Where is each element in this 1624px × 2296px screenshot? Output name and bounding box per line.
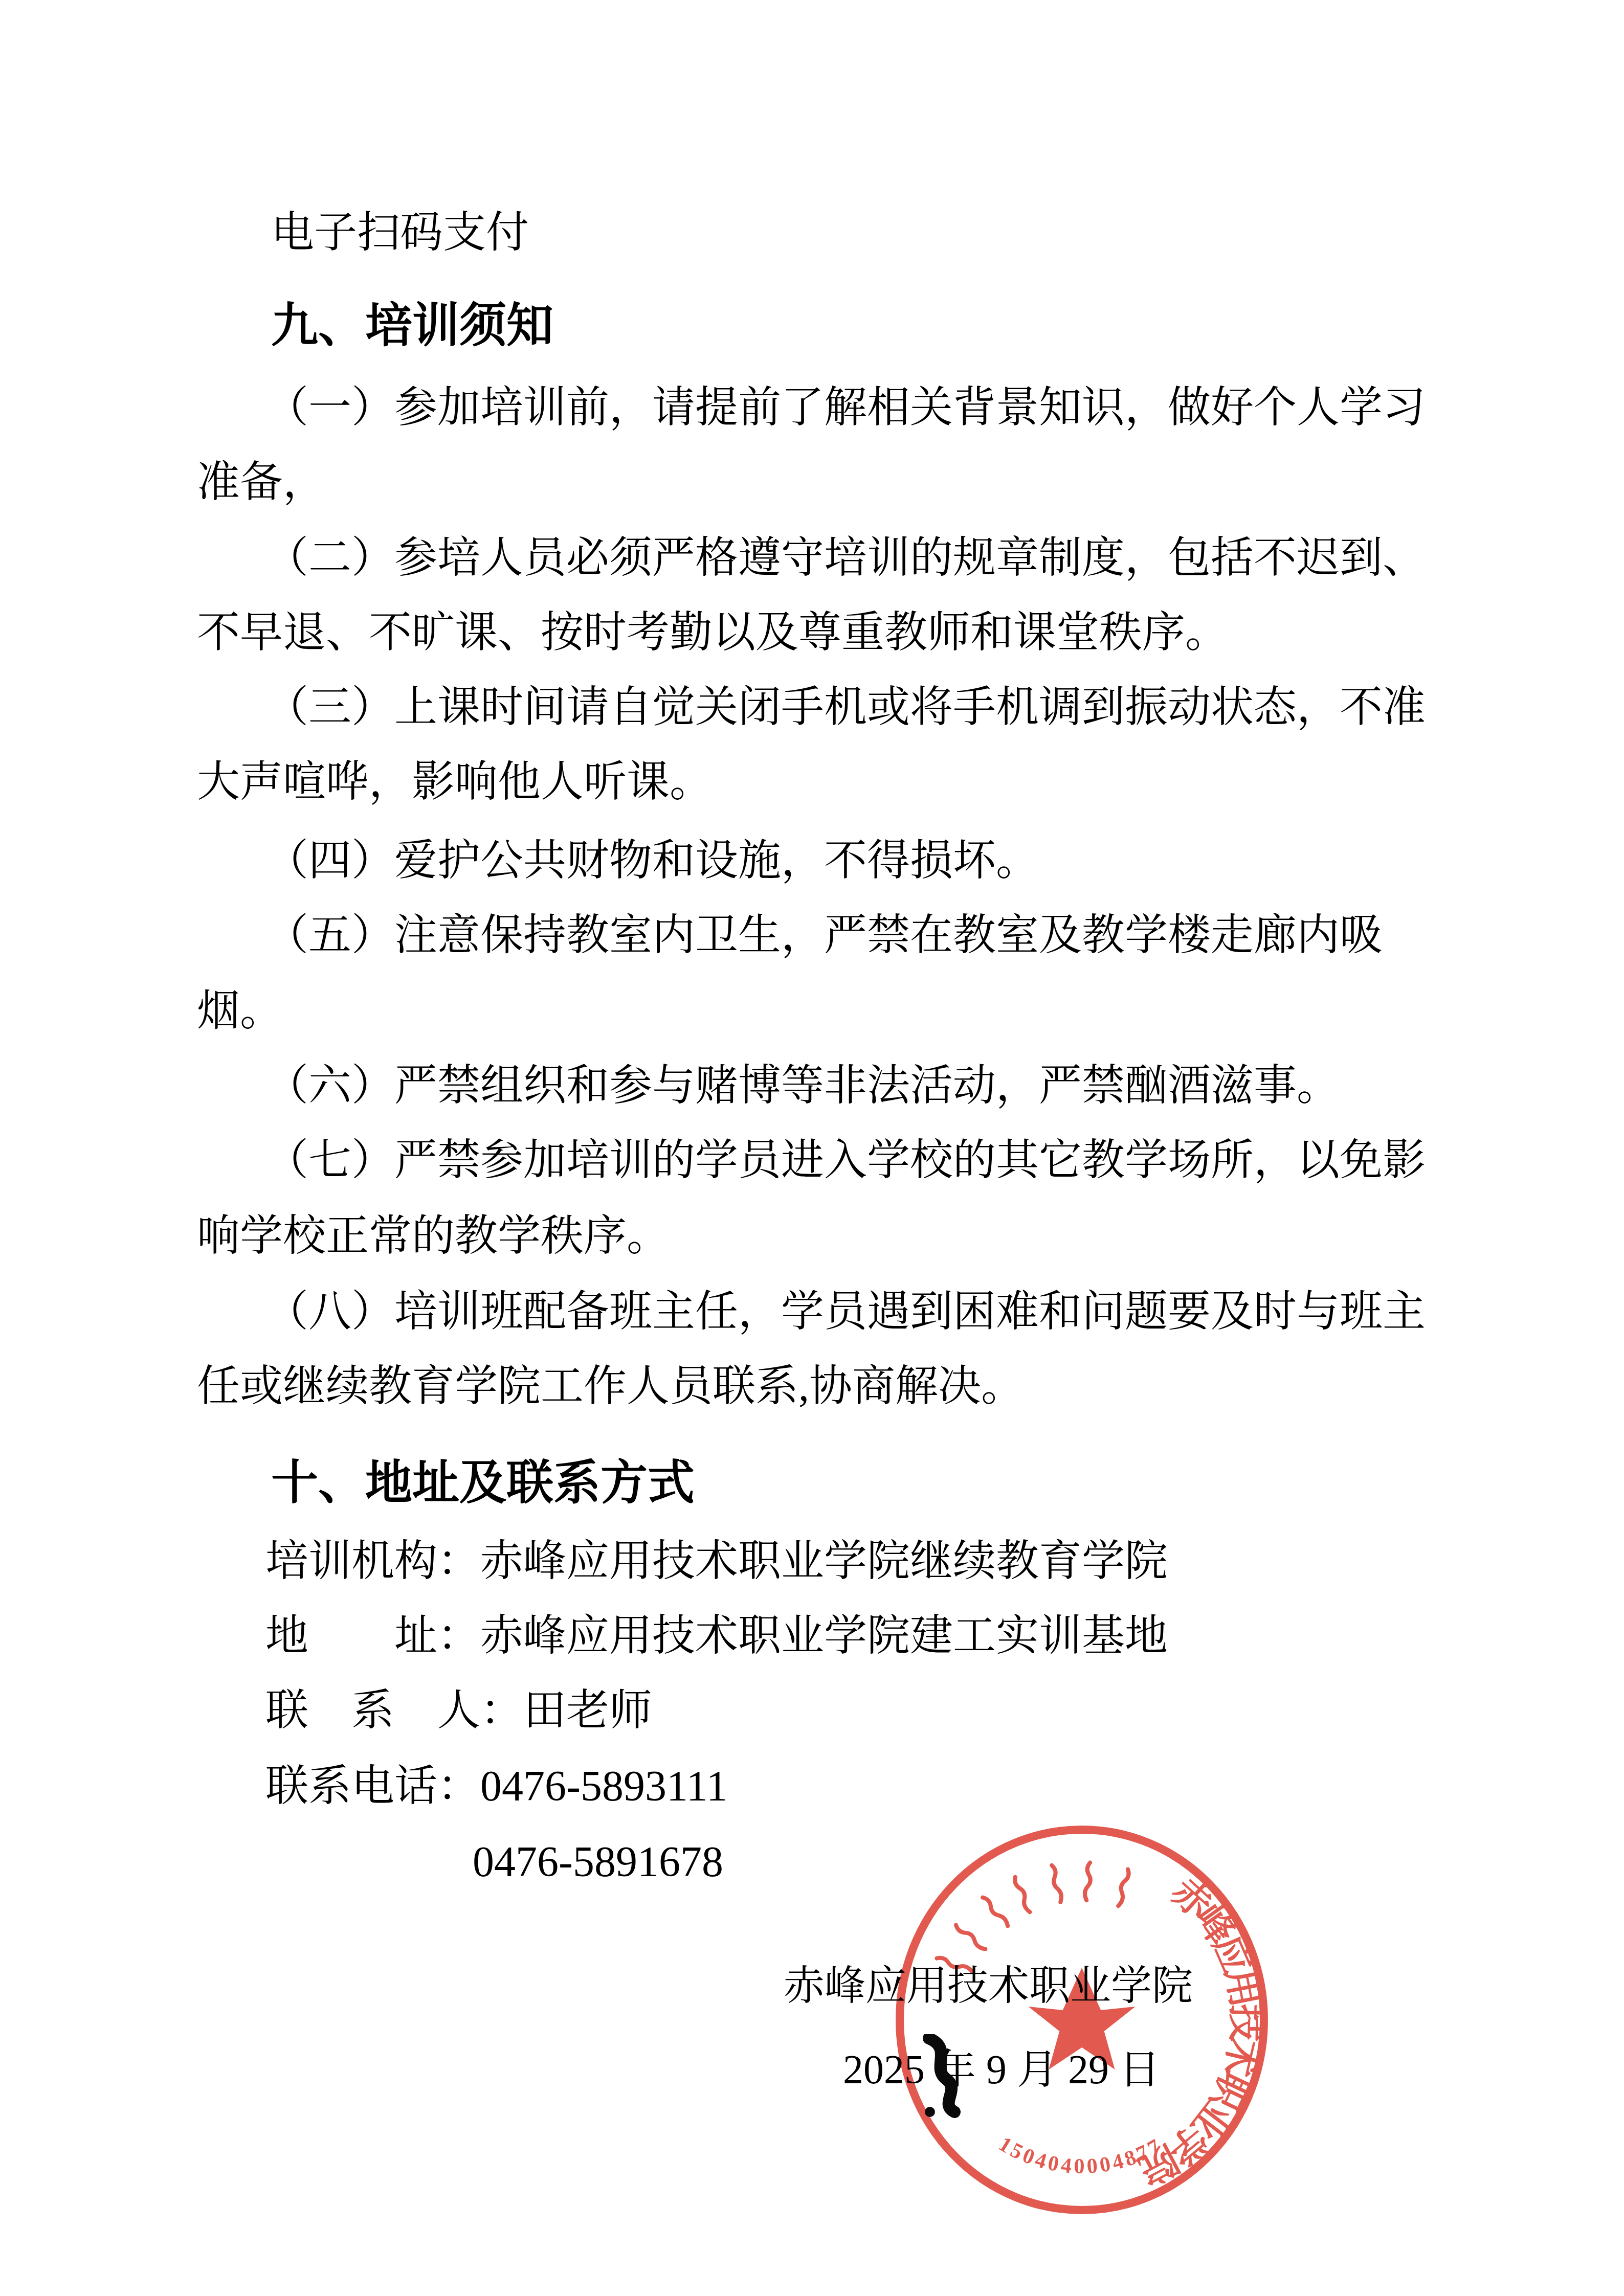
item-1-line-1: （一）参加培训前，请提前了解相关背景知识，做好个人学习 — [265, 384, 1426, 433]
seal-serial-number: 1504040004877 — [994, 2132, 1165, 2178]
section-nine-heading: 九、培训须知 — [271, 299, 553, 353]
contact-person-line: 联 系 人：田老师 — [265, 1686, 652, 1736]
official-seal: 赤峰应用技术职业学院 1504040004877 — [882, 1815, 1281, 2224]
item-4-line: （四）爱护公共财物和设施，不得损坏。 — [265, 837, 1039, 886]
section-ten-heading: 十、地址及联系方式 — [271, 1456, 695, 1511]
signature-org-name: 赤峰应用技术职业学院 — [784, 1963, 1193, 2010]
phone-line-2: 0476-5891678 — [473, 1838, 723, 1887]
signature-date: 2025 年 9 月 29 日 — [843, 2046, 1160, 2094]
ink-smudge-artifact — [909, 2034, 986, 2121]
address-line: 地 址：赤峰应用技术职业学院建工实训基地 — [265, 1612, 1168, 1661]
item-7-line-1: （七）严禁参加培训的学员进入学校的其它教学场所，以免影 — [265, 1136, 1426, 1186]
item-7-line-2: 响学校正常的教学秩序。 — [197, 1212, 670, 1262]
item-2-line-2: 不早退、不旷课、按时考勤以及尊重教师和课堂秩序。 — [197, 609, 1228, 658]
item-2-line-1: （二）参培人员必须严格遵守培训的规章制度，包括不迟到、 — [265, 534, 1426, 583]
item-5-line-1: （五）注意保持教室内卫生，严禁在教室及教学楼走廊内吸 — [265, 911, 1383, 961]
item-3-line-2: 大声喧哗，影响他人听课。 — [197, 758, 713, 807]
seal-mongolian-script — [937, 1862, 1131, 1974]
item-1-line-2: 准备， — [197, 458, 326, 508]
item-3-line-1: （三）上课时间请自觉关闭手机或将手机调到振动状态，不准 — [265, 683, 1426, 733]
phone-line-1: 联系电话：0476-5893111 — [265, 1762, 728, 1812]
training-org-line: 培训机构：赤峰应用技术职业学院继续教育学院 — [265, 1537, 1168, 1587]
item-6-line: （六）严禁组织和参与赌博等非法活动，严禁酗酒滋事。 — [265, 1062, 1340, 1111]
item-8-line-1: （八）培训班配备班主任，学员遇到困难和问题要及时与班主 — [265, 1288, 1426, 1337]
scanned-document-page: 电子扫码支付 九、培训须知 （一）参加培训前，请提前了解相关背景知识，做好个人学… — [0, 0, 1624, 2296]
item-5-line-2: 烟。 — [197, 987, 283, 1037]
item-8-line-2: 任或继续教育学院工作人员联系,协商解决。 — [197, 1362, 1024, 1412]
payment-method-line: 电子扫码支付 — [271, 209, 529, 258]
